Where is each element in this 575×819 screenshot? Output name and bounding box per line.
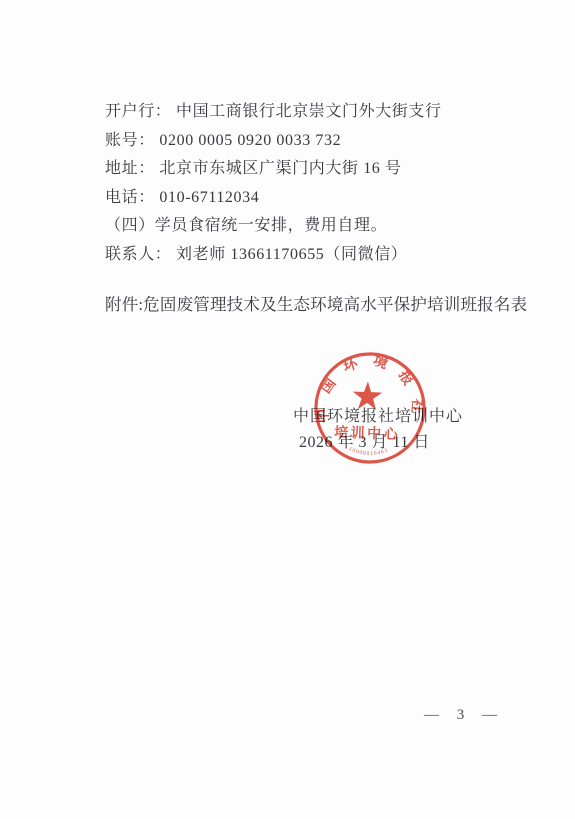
document-body: 开户行： 中国工商银行北京崇文门外大街支行 账号： 0200 0005 0920…: [105, 98, 545, 270]
seal-star-icon: [352, 381, 382, 410]
document-page: 开户行： 中国工商银行北京崇文门外大街支行 账号： 0200 0005 0920…: [0, 0, 575, 819]
phone-line: 电话： 010-67112034: [105, 184, 545, 213]
seal-center-text: 培训中心: [334, 424, 401, 443]
page-number: — 3 —: [424, 707, 501, 724]
attachment-line: 附件:危固废管理技术及生态环境高水平保护培训班报名表: [105, 291, 565, 315]
seal-arc-text: 中国环境报社: [314, 348, 429, 427]
lodging-note-line: （四）学员食宿统一安排，费用自理。: [105, 212, 545, 241]
bank-branch-line: 开户行： 中国工商银行北京崇文门外大街支行: [105, 98, 545, 127]
seal-serial-number: 10000010463: [347, 446, 389, 458]
official-seal: 中国环境报社 培训中心 10000010463: [307, 345, 433, 471]
svg-text:10000010463: 10000010463: [347, 446, 389, 458]
svg-text:中国环境报社: 中国环境报社: [314, 348, 429, 427]
contact-person-line: 联系人： 刘老师 13661170655（同微信）: [105, 241, 545, 270]
address-line: 地址： 北京市东城区广渠门内大街 16 号: [105, 155, 545, 184]
account-number-line: 账号： 0200 0005 0920 0033 732: [105, 127, 545, 156]
